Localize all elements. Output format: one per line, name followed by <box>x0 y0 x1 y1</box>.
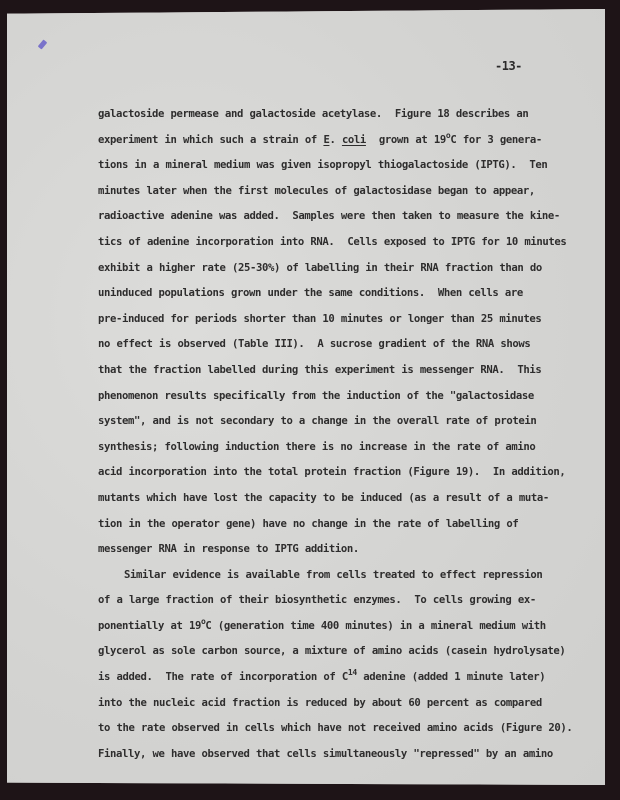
text-line: ponentially at 19oC (generation time 400… <box>98 614 558 640</box>
text-line: is added. The rate of incorporation of C… <box>98 665 558 691</box>
text-line: into the nucleic acid fraction is reduce… <box>98 691 558 717</box>
body-text: galactoside permease and galactoside ace… <box>98 102 558 767</box>
isotope-superscript: 14 <box>348 668 357 677</box>
text-line: minutes later when the first molecules o… <box>98 179 558 205</box>
text-line: tics of adenine incorporation into RNA. … <box>98 230 558 256</box>
text-line: phenomenon results specifically from the… <box>98 384 558 410</box>
species-name: coli <box>342 134 366 146</box>
text-line: experiment in which such a strain of E. … <box>98 128 558 154</box>
text-line: glycerol as sole carbon source, a mixtur… <box>98 639 558 665</box>
text-line: pre-induced for periods shorter than 10 … <box>98 307 558 333</box>
paragraph-start-line: Similar evidence is available from cells… <box>98 563 558 589</box>
page-number: -13- <box>495 59 522 73</box>
document-page: -13- galactoside permease and galactosid… <box>7 9 605 785</box>
text-line: tions in a mineral medium was given isop… <box>98 153 558 179</box>
text-line: tion in the operator gene) have no chang… <box>98 512 558 538</box>
text-line: exhibit a higher rate (25-30%) of labell… <box>98 256 558 282</box>
text-line: galactoside permease and galactoside ace… <box>98 102 558 128</box>
text-line: synthesis; following induction there is … <box>98 435 558 461</box>
text-line: of a large fraction of their biosyntheti… <box>98 588 558 614</box>
text-line: system", and is not secondary to a chang… <box>98 409 558 435</box>
ink-mark <box>38 39 48 49</box>
text-line: no effect is observed (Table III). A suc… <box>98 332 558 358</box>
text-line: that the fraction labelled during this e… <box>98 358 558 384</box>
text-line: mutants which have lost the capacity to … <box>98 486 558 512</box>
text-line: radioactive adenine was added. Samples w… <box>98 204 558 230</box>
text-line: messenger RNA in response to IPTG additi… <box>98 537 558 563</box>
text-line: uninduced populations grown under the sa… <box>98 281 558 307</box>
text-line: acid incorporation into the total protei… <box>98 460 558 486</box>
text-line: Finally, we have observed that cells sim… <box>98 742 558 768</box>
text-line: to the rate observed in cells which have… <box>98 716 558 742</box>
